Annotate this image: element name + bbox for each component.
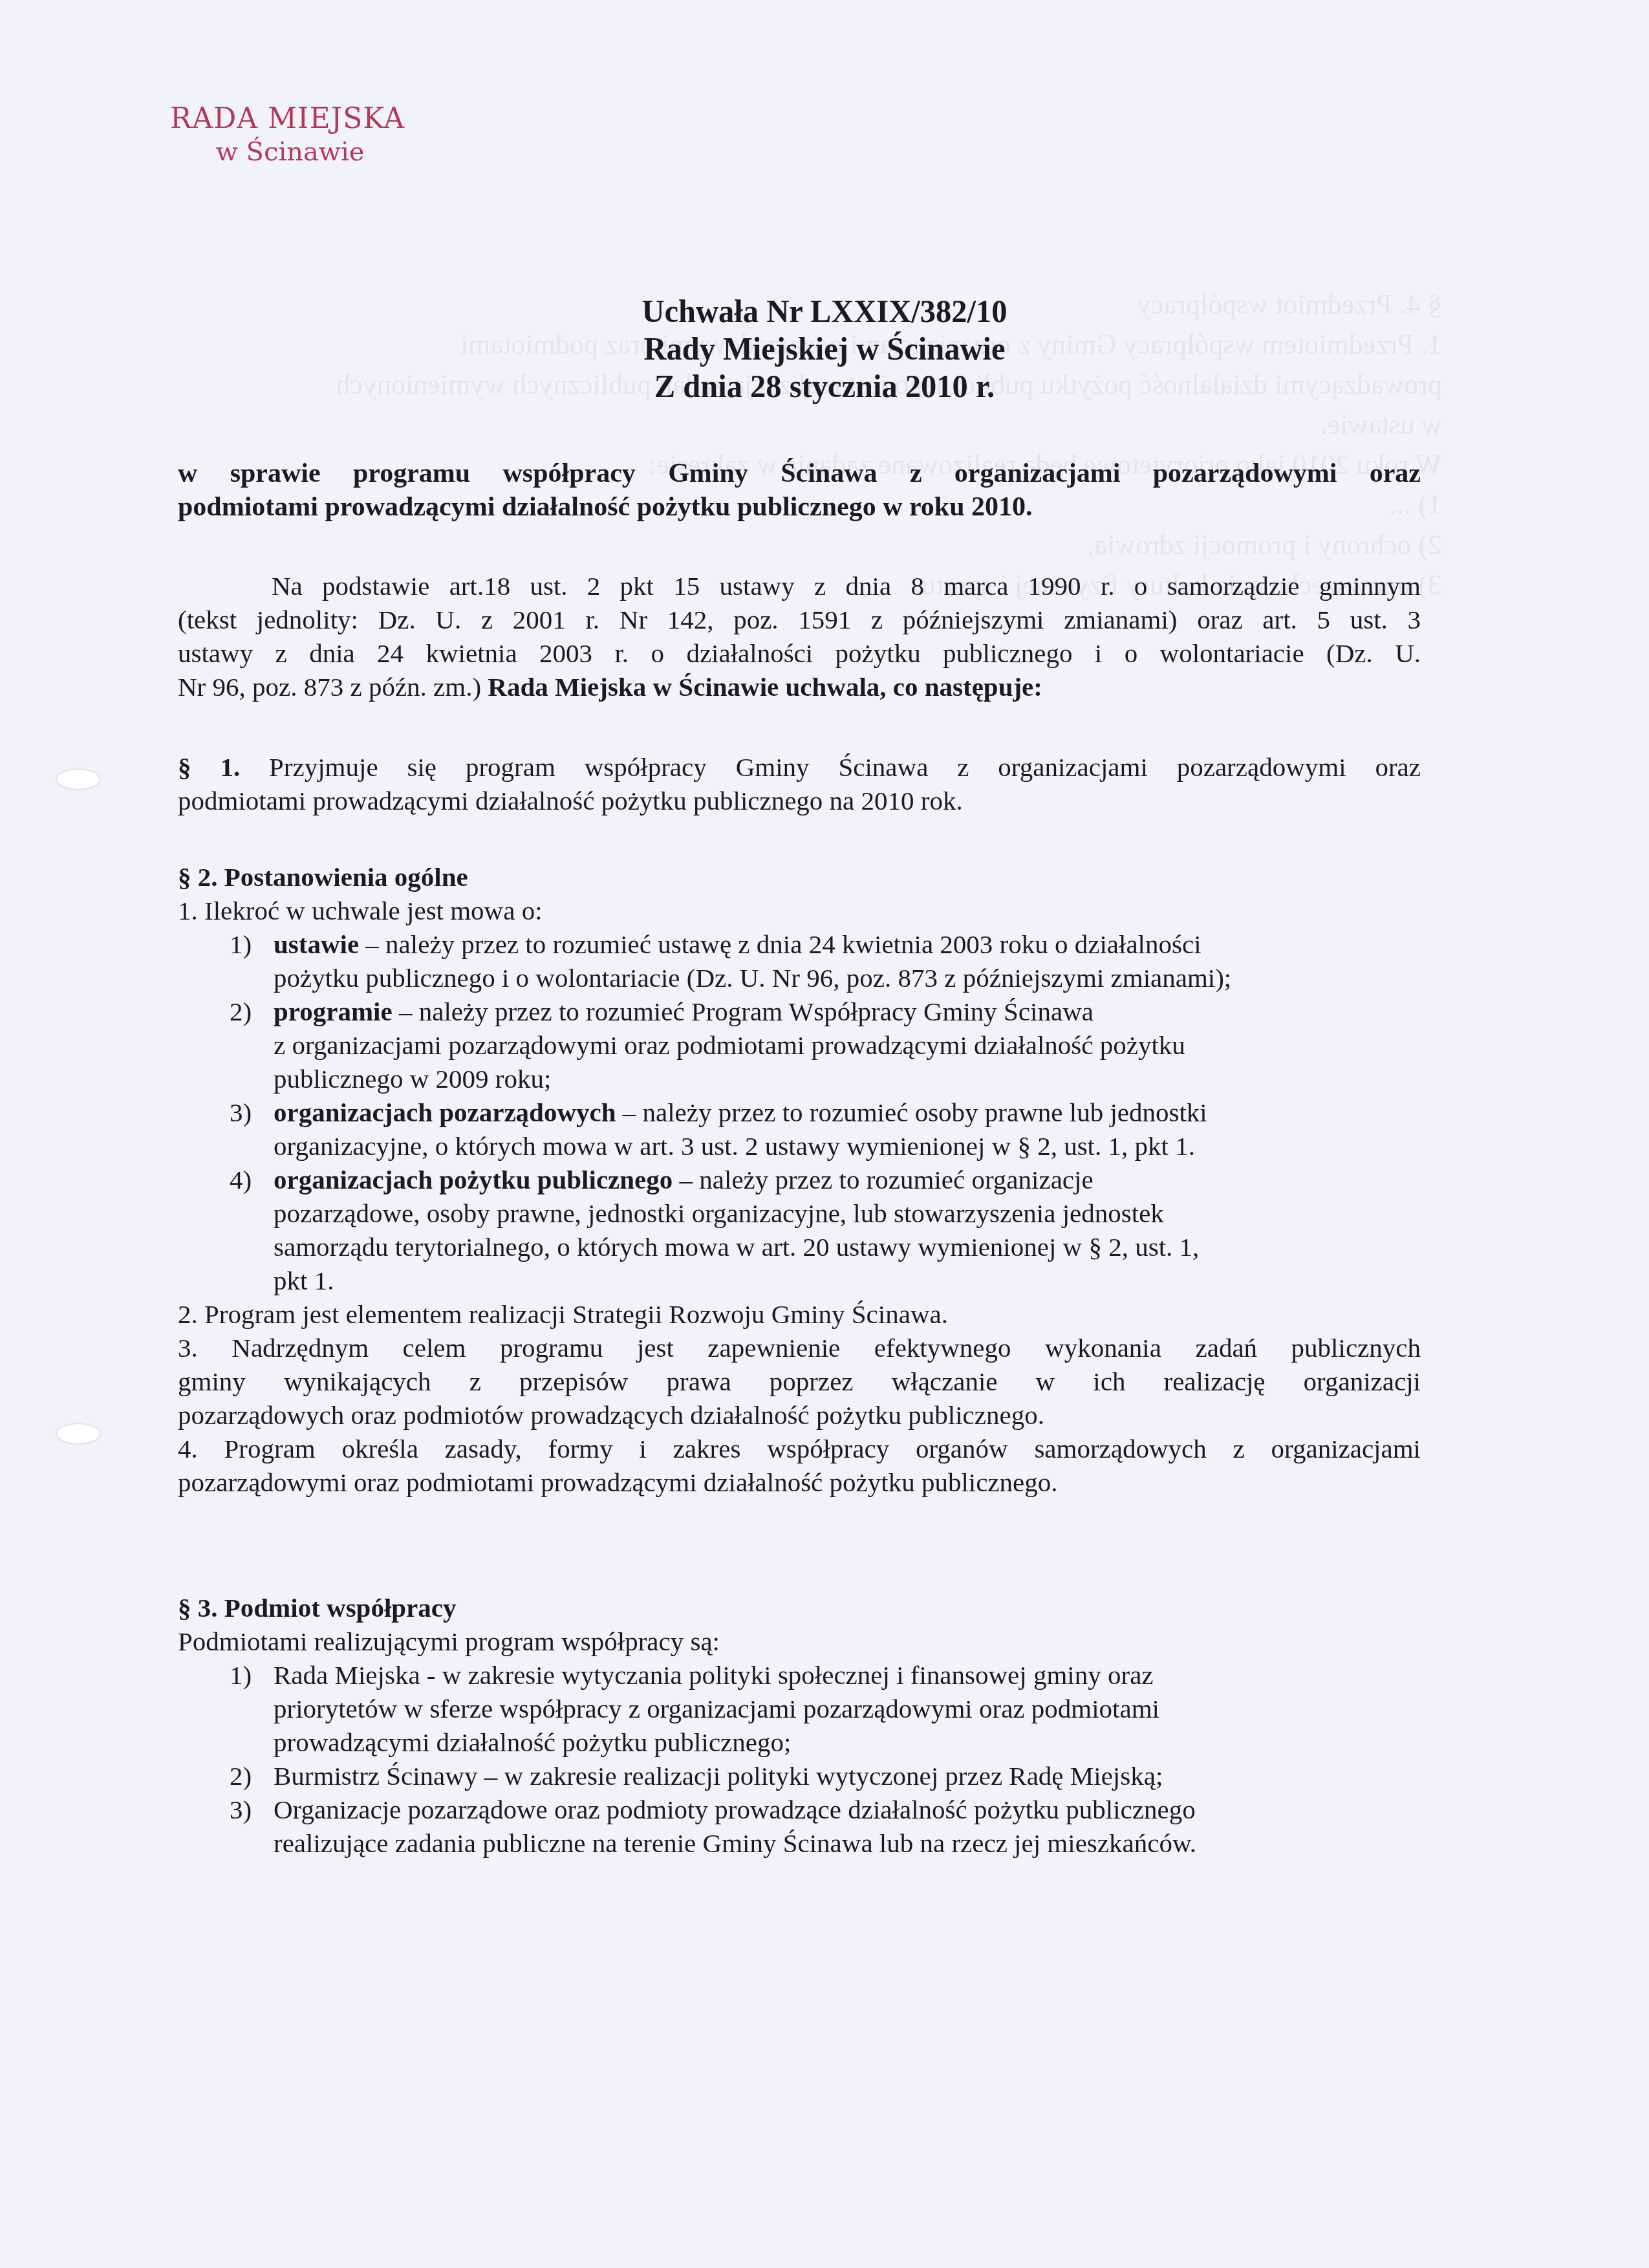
section-1: § 1. Przyjmuje się program współpracy Gm… — [178, 750, 1421, 817]
bleed-line: w ustawie. — [175, 405, 1442, 445]
section-2-point-4: 4. Program określa zasady, formy i zakre… — [178, 1432, 1421, 1465]
section-2-point-3: gminy wynikających z przepisów prawa pop… — [178, 1365, 1421, 1398]
definition-item: 1) ustawie – należy przez to rozumieć us… — [178, 927, 1421, 995]
preamble-line: ustawy z dnia 24 kwietnia 2003 r. o dzia… — [178, 636, 1421, 670]
definition-text: organizacyjne, o których mowa w art. 3 u… — [274, 1129, 1421, 1163]
title-date: Z dnia 28 stycznia 2010 r. — [25, 367, 1624, 405]
section-2-heading: § 2. Postanowienia ogólne — [178, 860, 1421, 894]
punch-hole-icon — [57, 1424, 100, 1443]
definition-text: z organizacjami pozarządowymi oraz podmi… — [274, 1028, 1421, 1062]
entity-text: realizujące zadania publiczne na terenie… — [274, 1826, 1421, 1860]
section-1-text: Przyjmuje się program współpracy Gminy Ś… — [240, 752, 1421, 782]
section-1-label: § 1. — [178, 752, 240, 782]
punch-hole-icon — [57, 770, 100, 789]
item-number: 2) — [230, 1759, 252, 1793]
definition-item: 2) programie – należy przez to rozumieć … — [178, 995, 1421, 1096]
entity-item: 3) Organizacje pozarządowe oraz podmioty… — [178, 1793, 1421, 1860]
definition-text: – należy przez to rozumieć Program Współ… — [393, 997, 1094, 1026]
section-2-point-2: 2. Program jest elementem realizacji Str… — [178, 1297, 1421, 1331]
definition-text: pozarządowe, osoby prawne, jednostki org… — [274, 1196, 1421, 1230]
scanned-page: § 4. Przedmiot współpracy 1. Przedmiotem… — [0, 0, 1649, 2268]
definition-text: pożytku publicznego i o wolontariacie (D… — [274, 961, 1421, 995]
council-stamp: RADA MIEJSKA w Ścinawie — [170, 102, 405, 168]
entity-text: Rada Miejska - w zakresie wytyczania pol… — [274, 1658, 1421, 1692]
definition-text: – należy przez to rozumieć ustawę z dnia… — [359, 929, 1201, 959]
section-3-heading: § 3. Podmiot współpracy — [178, 1591, 1421, 1625]
definition-text: – należy przez to rozumieć osoby prawne … — [616, 1097, 1207, 1127]
item-number: 1) — [230, 927, 252, 961]
definition-text: samorządu terytorialnego, o których mowa… — [274, 1230, 1421, 1264]
section-2-point-3: 3. Nadrzędnym celem programu jest zapewn… — [178, 1331, 1421, 1365]
section-3: § 3. Podmiot współpracy Podmiotami reali… — [178, 1591, 1421, 1860]
entity-text: Burmistrz Ścinawy – w zakresie realizacj… — [274, 1759, 1421, 1793]
item-number: 2) — [230, 995, 252, 1028]
definition-term: programie — [274, 997, 393, 1026]
definition-term: ustawie — [274, 929, 359, 959]
section-3-intro: Podmiotami realizującymi program współpr… — [178, 1625, 1421, 1658]
preamble-enactment: Rada Miejska w Ścinawie uchwala, co nast… — [488, 672, 1042, 702]
stamp-line-2: w Ścinawie — [170, 136, 405, 168]
definition-item: 3) organizacjach pozarządowych – należy … — [178, 1096, 1421, 1163]
preamble: Na podstawie art.18 ust. 2 pkt 15 ustawy… — [178, 569, 1421, 704]
title-council: Rady Miejskiej w Ścinawie — [25, 330, 1624, 367]
preamble-line: Na podstawie art.18 ust. 2 pkt 15 ustawy… — [178, 569, 1421, 603]
section-1-line: podmiotami prowadzącymi działalność poży… — [178, 784, 1421, 817]
definition-item: 4) organizacjach pożytku publicznego – n… — [178, 1163, 1421, 1297]
preamble-line: Nr 96, poz. 873 z późn. zm.) Rada Miejsk… — [178, 670, 1421, 704]
resolution-title: Uchwała Nr LXXIX/382/10 Rady Miejskiej w… — [0, 292, 1649, 405]
section-2-intro: 1. Ilekroć w uchwale jest mowa o: — [178, 894, 1421, 927]
bleed-line: 2) ochrony i promocji zdrowia, — [175, 525, 1442, 565]
item-number: 1) — [230, 1658, 252, 1692]
stamp-line-1: RADA MIEJSKA — [170, 102, 405, 136]
section-2-point-4: pozarządowymi oraz podmiotami prowadzący… — [178, 1465, 1421, 1499]
section-2: § 2. Postanowienia ogólne 1. Ilekroć w u… — [178, 860, 1421, 1499]
entity-item: 1) Rada Miejska - w zakresie wytyczania … — [178, 1658, 1421, 1759]
entity-text: prowadzącymi działalność pożytku publicz… — [274, 1725, 1421, 1759]
definition-text: pkt 1. — [274, 1264, 1421, 1297]
entity-item: 2) Burmistrz Ścinawy – w zakresie realiz… — [178, 1759, 1421, 1793]
title-number: Uchwała Nr LXXIX/382/10 — [25, 292, 1624, 330]
definition-term: organizacjach pożytku publicznego — [274, 1165, 673, 1194]
item-number: 4) — [230, 1163, 252, 1196]
section-2-point-3: pozarządowych oraz podmiotów prowadzącyc… — [178, 1398, 1421, 1432]
item-number: 3) — [230, 1096, 252, 1129]
preamble-citation: Nr 96, poz. 873 z późn. zm.) — [178, 672, 488, 702]
entity-text: Organizacje pozarządowe oraz podmioty pr… — [274, 1793, 1421, 1826]
entity-text: priorytetów w sferze współpracy z organi… — [274, 1692, 1421, 1725]
definition-text: publicznego w 2009 roku; — [274, 1062, 1421, 1096]
definition-text: – należy przez to rozumieć organizacje — [673, 1165, 1093, 1194]
preamble-line: (tekst jednolity: Dz. U. z 2001 r. Nr 14… — [178, 603, 1421, 636]
definition-term: organizacjach pozarządowych — [274, 1097, 616, 1127]
subject-line: podmiotami prowadzącymi działalność poży… — [178, 490, 1421, 524]
resolution-subject: w sprawie programu współpracy Gminy Ścin… — [178, 457, 1421, 524]
subject-line: w sprawie programu współpracy Gminy Ścin… — [178, 457, 1421, 490]
item-number: 3) — [230, 1793, 252, 1826]
section-1-line: § 1. Przyjmuje się program współpracy Gm… — [178, 750, 1421, 784]
